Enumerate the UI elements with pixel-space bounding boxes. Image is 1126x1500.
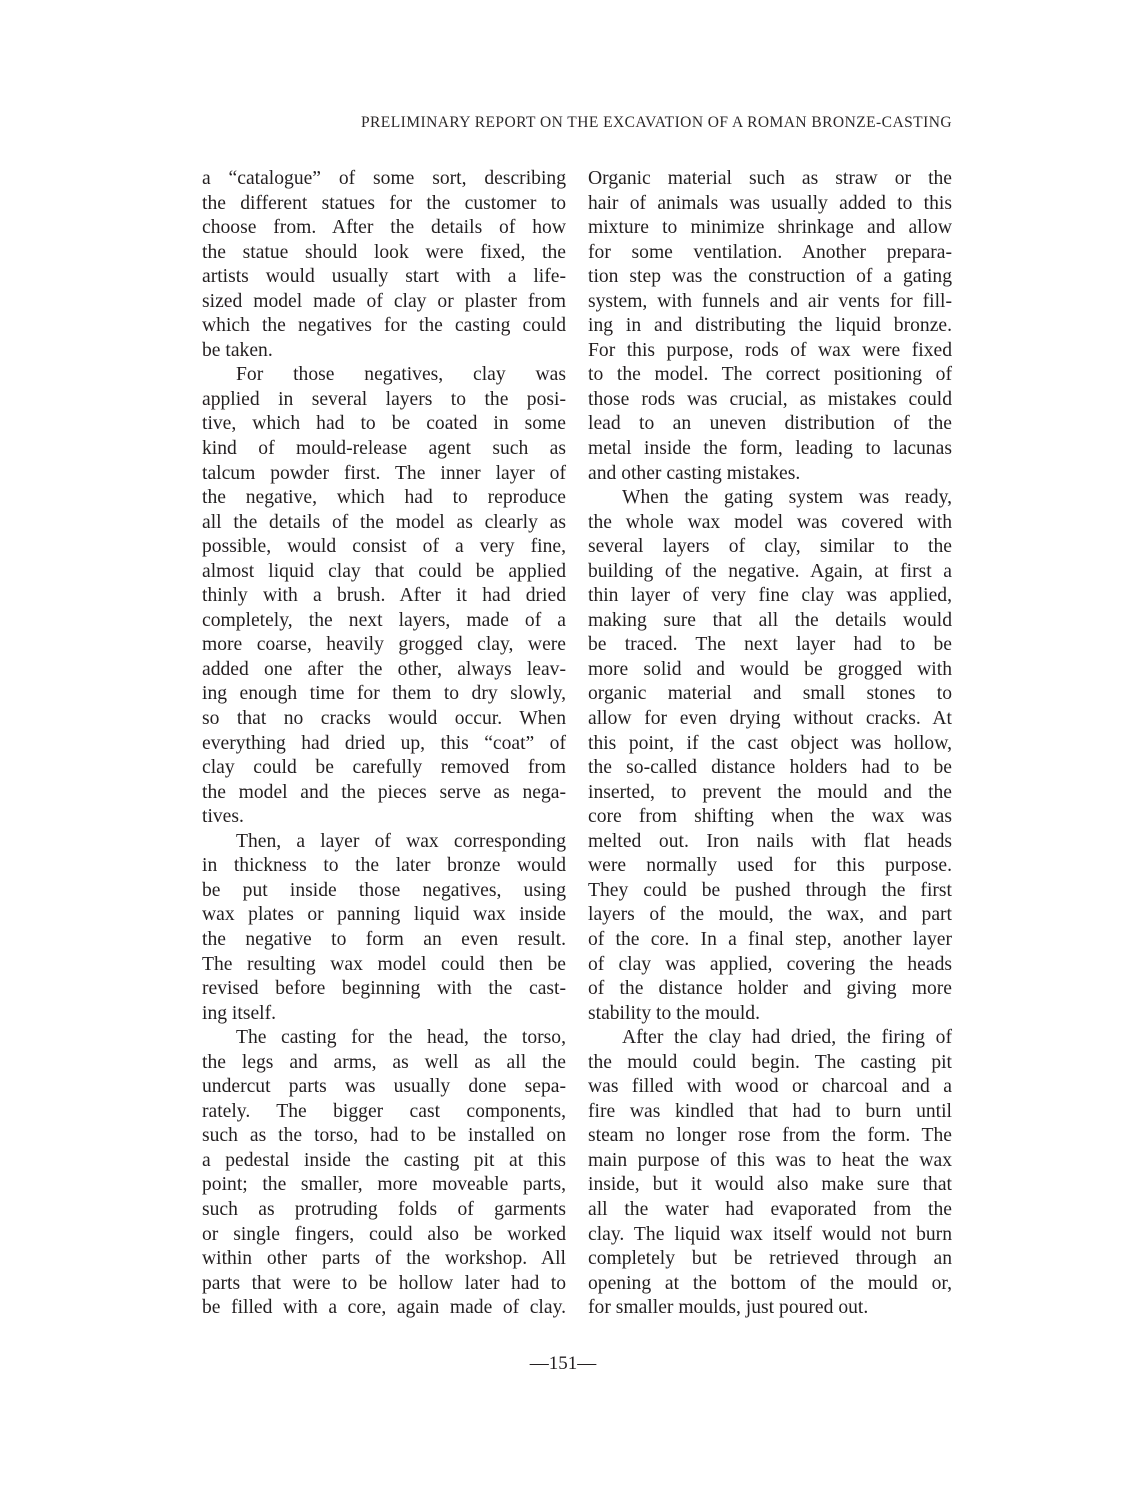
text-line: They could be pushed through the first — [588, 879, 952, 904]
text-line: the whole wax model was covered with — [588, 511, 952, 536]
text-line: stability to the mould. — [588, 1002, 952, 1027]
text-line: allow for even drying without cracks. At — [588, 707, 952, 732]
text-line: the negative, which had to reproduce — [202, 486, 566, 511]
page-number: —151— — [0, 1353, 1126, 1375]
paragraph-start-line: After the clay had dried, the firing of — [588, 1026, 952, 1051]
text-line: opening at the bottom of the mould or, — [588, 1272, 952, 1297]
paragraph-start-line: When the gating system was ready, — [588, 486, 952, 511]
text-line: ing enough time for them to dry slowly, — [202, 682, 566, 707]
text-line: more coarse, heavily grogged clay, were — [202, 633, 566, 658]
text-line: melted out. Iron nails with flat heads — [588, 830, 952, 855]
text-line: sized model made of clay or plaster from — [202, 290, 566, 315]
text-line: for some ventilation. Another prepara- — [588, 241, 952, 266]
text-line: those rods was crucial, as mistakes coul… — [588, 388, 952, 413]
text-line: building of the negative. Again, at firs… — [588, 560, 952, 585]
text-line: in thickness to the later bronze would — [202, 854, 566, 879]
text-line: talcum powder first. The inner layer of — [202, 462, 566, 487]
text-line: almost liquid clay that could be applied — [202, 560, 566, 585]
text-line: for smaller moulds, just poured out. — [588, 1296, 952, 1321]
text-line: thinly with a brush. After it had dried — [202, 584, 566, 609]
text-line: which the negatives for the casting coul… — [202, 314, 566, 339]
text-line: point; the smaller, more moveable parts, — [202, 1173, 566, 1198]
text-line: the statue should look were fixed, the — [202, 241, 566, 266]
text-line: this point, if the cast object was hollo… — [588, 732, 952, 757]
text-line: The resulting wax model could then be — [202, 953, 566, 978]
text-line: everything had dried up, this “coat” of — [202, 732, 566, 757]
left-column: a “catalogue” of some sort, describing t… — [202, 167, 566, 1321]
text-line: For this purpose, rods of wax were fixed — [588, 339, 952, 364]
text-line: steam no longer rose from the form. The — [588, 1124, 952, 1149]
text-line: kind of mould-release agent such as — [202, 437, 566, 462]
text-line: a “catalogue” of some sort, describing — [202, 167, 566, 192]
text-line: Organic material such as straw or the — [588, 167, 952, 192]
text-line: layers of the mould, the wax, and part — [588, 903, 952, 928]
text-line: the legs and arms, as well as all the — [202, 1051, 566, 1076]
text-line: be put inside those negatives, using — [202, 879, 566, 904]
text-line: parts that were to be hollow later had t… — [202, 1272, 566, 1297]
text-line: applied in several layers to the posi- — [202, 388, 566, 413]
text-line: added one after the other, always leav- — [202, 658, 566, 683]
text-line: core from shifting when the wax was — [588, 805, 952, 830]
text-line: completely but be retrieved through an — [588, 1247, 952, 1272]
text-line: hair of animals was usually added to thi… — [588, 192, 952, 217]
text-line: tion step was the construction of a gati… — [588, 265, 952, 290]
text-line: inside, but it would also make sure that — [588, 1173, 952, 1198]
text-line: the different statues for the customer t… — [202, 192, 566, 217]
text-line: wax plates or panning liquid wax inside — [202, 903, 566, 928]
text-line: clay could be carefully removed from — [202, 756, 566, 781]
text-line: all the water had evaporated from the — [588, 1198, 952, 1223]
text-line: within other parts of the workshop. All — [202, 1247, 566, 1272]
text-line: making sure that all the details would — [588, 609, 952, 634]
text-line: mixture to minimize shrinkage and allow — [588, 216, 952, 241]
text-line: the mould could begin. The casting pit — [588, 1051, 952, 1076]
text-line: completely, the next layers, made of a — [202, 609, 566, 634]
paragraph-start-line: Then, a layer of wax corresponding — [202, 830, 566, 855]
text-line: choose from. After the details of how — [202, 216, 566, 241]
text-line: metal inside the form, leading to lacuna… — [588, 437, 952, 462]
text-line: tive, which had to be coated in some — [202, 412, 566, 437]
text-line: lead to an uneven distribution of the — [588, 412, 952, 437]
text-line: more solid and would be grogged with — [588, 658, 952, 683]
text-line: the model and the pieces serve as nega- — [202, 781, 566, 806]
running-head: PRELIMINARY REPORT ON THE EXCAVATION OF … — [200, 114, 952, 132]
text-line: several layers of clay, similar to the — [588, 535, 952, 560]
text-line: rately. The bigger cast components, — [202, 1100, 566, 1125]
text-line: of the distance holder and giving more — [588, 977, 952, 1002]
text-line: possible, would consist of a very fine, — [202, 535, 566, 560]
text-line: all the details of the model as clearly … — [202, 511, 566, 536]
text-line: so that no cracks would occur. When — [202, 707, 566, 732]
paragraph-start-line: The casting for the head, the torso, — [202, 1026, 566, 1051]
text-line: undercut parts was usually done sepa- — [202, 1075, 566, 1100]
text-line: of the core. In a final step, another la… — [588, 928, 952, 953]
paragraph-start-line: For those negatives, clay was — [202, 363, 566, 388]
text-line: artists would usually start with a life- — [202, 265, 566, 290]
text-line: organic material and small stones to — [588, 682, 952, 707]
text-line: the negative to form an even result. — [202, 928, 566, 953]
text-line: tives. — [202, 805, 566, 830]
text-line: such as protruding folds of garments — [202, 1198, 566, 1223]
text-line: be traced. The next layer had to be — [588, 633, 952, 658]
text-line: revised before beginning with the cast- — [202, 977, 566, 1002]
text-line: ing in and distributing the liquid bronz… — [588, 314, 952, 339]
text-line: to the model. The correct positioning of — [588, 363, 952, 388]
text-line: clay. The liquid wax itself would not bu… — [588, 1223, 952, 1248]
text-line: be taken. — [202, 339, 566, 364]
text-line: and other casting mistakes. — [588, 462, 952, 487]
text-line: the so-called distance holders had to be — [588, 756, 952, 781]
text-line: were normally used for this purpose. — [588, 854, 952, 879]
text-line: thin layer of very fine clay was applied… — [588, 584, 952, 609]
right-column: Organic material such as straw or the ha… — [588, 167, 952, 1321]
text-line: of clay was applied, covering the heads — [588, 953, 952, 978]
text-line: a pedestal inside the casting pit at thi… — [202, 1149, 566, 1174]
text-line: was filled with wood or charcoal and a — [588, 1075, 952, 1100]
text-line: system, with funnels and air vents for f… — [588, 290, 952, 315]
text-line: inserted, to prevent the mould and the — [588, 781, 952, 806]
text-line: be filled with a core, again made of cla… — [202, 1296, 566, 1321]
text-line: main purpose of this was to heat the wax — [588, 1149, 952, 1174]
text-line: such as the torso, had to be installed o… — [202, 1124, 566, 1149]
text-line: ing itself. — [202, 1002, 566, 1027]
text-line: fire was kindled that had to burn until — [588, 1100, 952, 1125]
text-line: or single fingers, could also be worked — [202, 1223, 566, 1248]
